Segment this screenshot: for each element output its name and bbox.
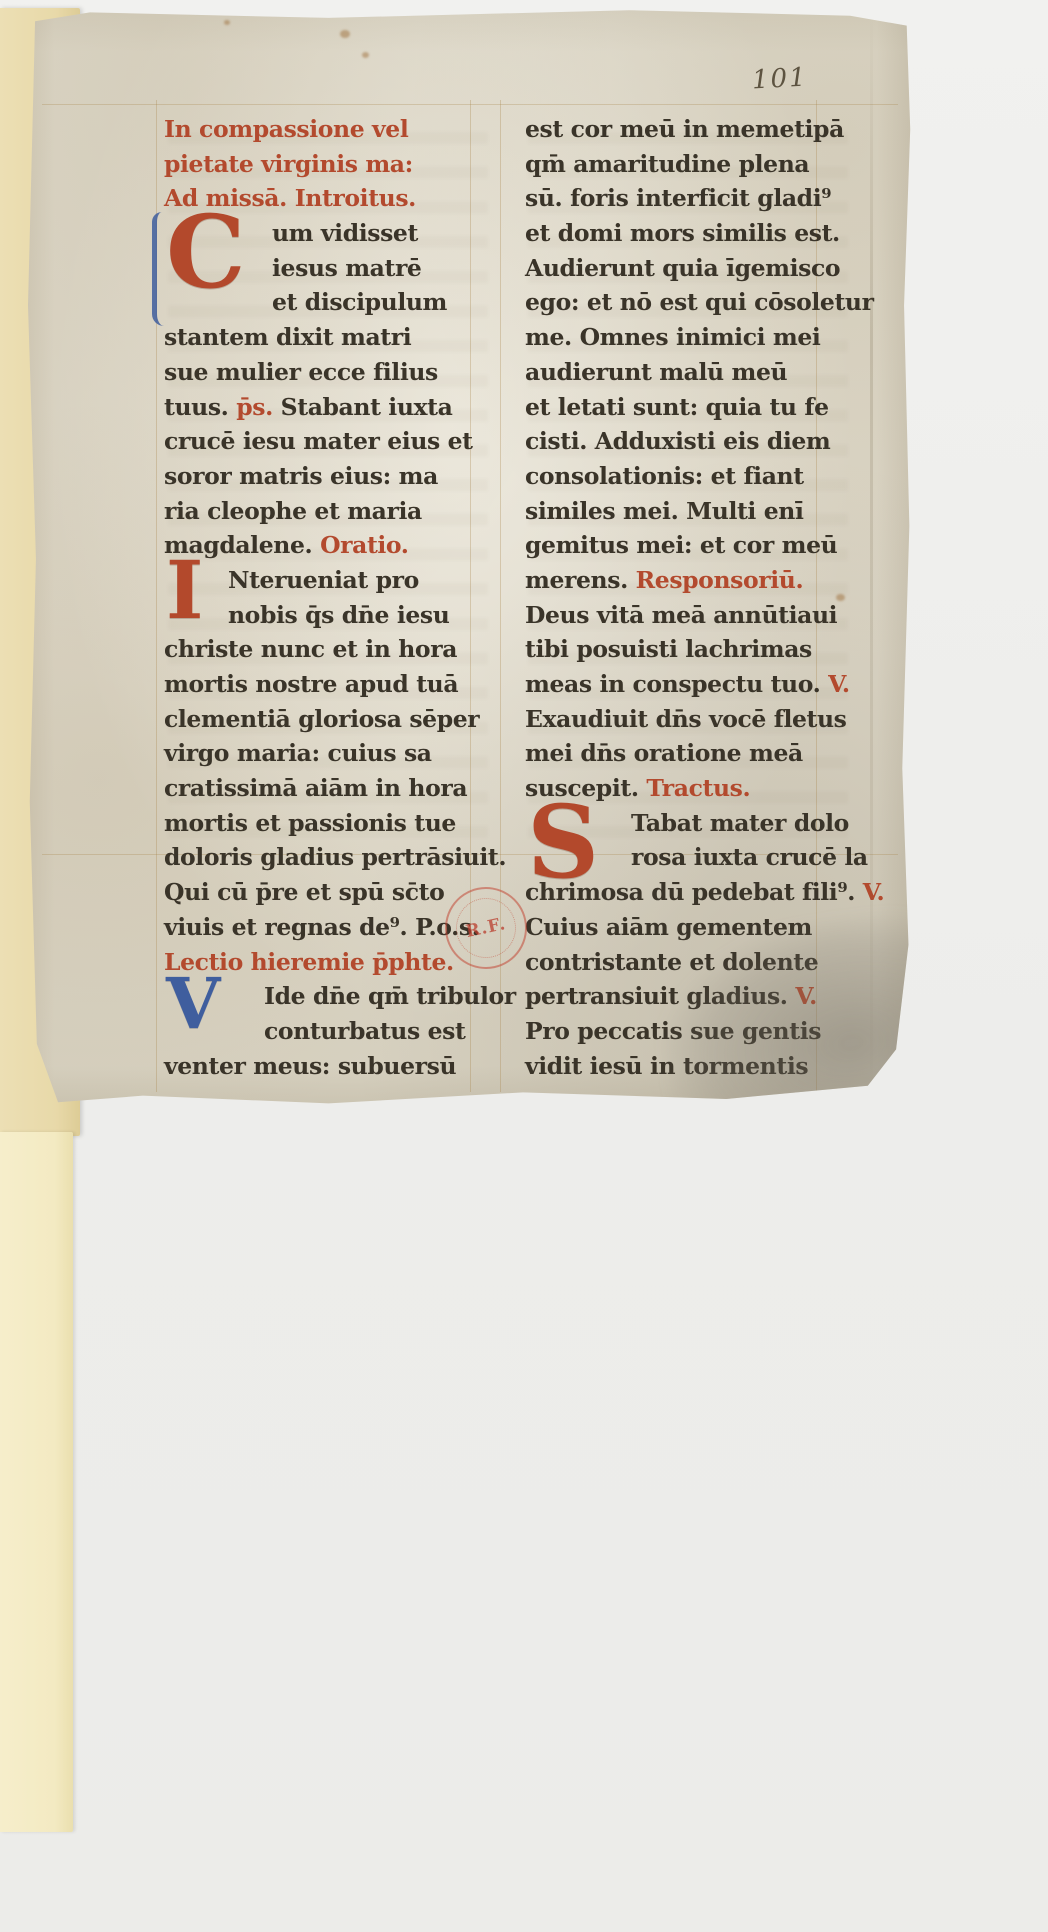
text-run-ink: meas in conspectu tuo. — [525, 670, 828, 698]
scanned-page: 101 CIVIn compassione velpietate virgini… — [0, 0, 1048, 1932]
manuscript-text-line: virgo maria: cuius sa — [164, 736, 498, 771]
illuminated-initial-C: C — [166, 211, 245, 293]
foxing-spot — [340, 30, 350, 38]
manuscript-text-line: similes mei. Multi enī — [525, 494, 859, 529]
manuscript-text-line: sue mulier ecce filius — [164, 355, 498, 390]
text-run-ink: christe nunc et in hora — [164, 635, 457, 663]
text-run-ink: Qui cū p̄re et spū sc̄to — [164, 878, 444, 906]
text-run-ink: cratissimā aiām in hora — [164, 774, 467, 802]
illuminated-initial-V: V — [166, 975, 220, 1032]
text-run-ink: qm̄ amaritudine plena — [525, 150, 809, 178]
text-run-ink: et letati sunt: quia tu fe — [525, 393, 829, 421]
manuscript-text-line: Audierunt quia īgemisco — [525, 251, 859, 286]
text-run-red: V. — [828, 670, 850, 698]
text-run-ink: rosa iuxta crucē la — [631, 843, 868, 871]
manuscript-text-line: In compassione vel — [164, 112, 498, 147]
foxing-spot — [224, 20, 230, 25]
manuscript-text-line: mortis nostre apud tuā — [164, 667, 498, 702]
text-run-ink: iesus matrē — [272, 254, 422, 282]
manuscript-text-line: tuus. p̄s. Stabant iuxta — [164, 390, 498, 425]
manuscript-text-line: ria cleophe et maria — [164, 494, 498, 529]
text-run-ink: clementiā gloriosa sēper — [164, 705, 479, 733]
text-run-ink: tuus. — [164, 393, 236, 421]
text-run-ink: et discipulum — [272, 288, 447, 316]
text-run-ink: merens. — [525, 566, 636, 594]
manuscript-text-line: me. Omnes inimici mei — [525, 320, 859, 355]
text-run-ink: similes mei. Multi enī — [525, 497, 804, 525]
manuscript-text-line: crucē iesu mater eius et — [164, 424, 498, 459]
foxing-spot — [836, 594, 845, 601]
text-run-ink: me. Omnes inimici mei — [525, 323, 820, 351]
text-run-ink: Exaudiuit dn̄s vocē fletus — [525, 705, 847, 733]
text-run-ink: ria cleophe et maria — [164, 497, 422, 525]
text-run-ink: doloris gladius pertrāsiuit. — [164, 843, 506, 871]
manuscript-text-line: soror matris eius: ma — [164, 459, 498, 494]
manuscript-text-line: mei dn̄s oratione meā — [525, 736, 859, 771]
text-run-ink: um vidisset — [272, 219, 418, 247]
text-run-ink: Ide dn̄e qm̄ tribulor — [264, 982, 516, 1010]
text-run-ink: crucē iesu mater eius et — [164, 427, 473, 455]
manuscript-text-line: Deus vitā meā annūtiaui — [525, 598, 859, 633]
illuminated-initial-S: S — [527, 801, 599, 883]
manuscript-text-line: pietate virginis ma: — [164, 147, 498, 182]
manuscript-text-line: ego: et nō est qui cōsoletur — [525, 285, 859, 320]
text-run-red: In compassione vel — [164, 115, 408, 143]
manuscript-text-line: magdalene. Oratio. — [164, 528, 498, 563]
text-run-ink: venter meus: subuersū — [164, 1052, 456, 1080]
manuscript-text-line: doloris gladius pertrāsiuit. — [164, 840, 498, 875]
manuscript-text-line: gemitus mei: et cor meū — [525, 528, 859, 563]
manuscript-text-line: Exaudiuit dn̄s vocē fletus — [525, 702, 859, 737]
manuscript-text-line: cratissimā aiām in hora — [164, 771, 498, 806]
text-run-ink: Deus vitā meā annūtiaui — [525, 601, 837, 629]
manuscript-text-line: cisti. Adduxisti eis diem — [525, 424, 859, 459]
text-run-ink: mortis nostre apud tuā — [164, 670, 458, 698]
crease-line — [870, 8, 873, 1110]
manuscript-text-line: meas in conspectu tuo. V. — [525, 667, 859, 702]
manuscript-text-line: stantem dixit matri — [164, 320, 498, 355]
text-run-ink: viuis et regnas de⁹. P.o.s. — [164, 913, 480, 941]
text-run-ink: gemitus mei: et cor meū — [525, 531, 837, 559]
text-run-red: V. — [863, 878, 885, 906]
text-run-ink: cisti. Adduxisti eis diem — [525, 427, 830, 455]
text-run-ink: Tabat mater dolo — [631, 809, 849, 837]
text-run-ink: Audierunt quia īgemisco — [525, 254, 840, 282]
ruling-line — [42, 104, 898, 105]
manuscript-text-line: sū. foris interficit gladi⁹ — [525, 181, 859, 216]
manuscript-text-line: et letati sunt: quia tu fe — [525, 390, 859, 425]
text-run-ink: mortis et passionis tue — [164, 809, 456, 837]
text-run-ink: audierunt malū meū — [525, 358, 787, 386]
manuscript-text-line: et domi mors similis est. — [525, 216, 859, 251]
manuscript-text-line: christe nunc et in hora — [164, 632, 498, 667]
text-run-ink: mei dn̄s oratione meā — [525, 739, 803, 767]
text-run-ink: ego: et nō est qui cōsoletur — [525, 288, 874, 316]
manuscript-text-line: Qui cū p̄re et spū sc̄to — [164, 875, 498, 910]
manuscript-text-line: audierunt malū meū — [525, 355, 859, 390]
manuscript-leaf: 101 CIVIn compassione velpietate virgini… — [28, 8, 912, 1110]
text-run-ink: et domi mors similis est. — [525, 219, 840, 247]
text-run-ink: conturbatus est — [264, 1017, 465, 1045]
manuscript-text-line: merens. Responsoriū. — [525, 563, 859, 598]
manuscript-text-line: est cor meū in memetipā — [525, 112, 859, 147]
stamp-initials: R.F. — [464, 914, 508, 942]
manuscript-text-line: consolationis: et fiant — [525, 459, 859, 494]
illuminated-initial-I: I — [166, 558, 203, 624]
text-run-red: Tractus. — [646, 774, 750, 802]
manuscript-text-line: nobis q̄s dn̄e iesu — [164, 598, 498, 633]
text-run-ink: sue mulier ecce filius — [164, 358, 438, 386]
manuscript-text-line: Nterueniat pro — [164, 563, 498, 598]
manuscript-text-line: qm̄ amaritudine plena — [525, 147, 859, 182]
folio-number: 101 — [751, 63, 808, 96]
foxing-spot — [362, 52, 369, 58]
stain-smudge — [649, 908, 939, 1122]
mount-strip-lower — [0, 1132, 73, 1832]
text-run-ink: stantem dixit matri — [164, 323, 411, 351]
text-run-red: Oratio. — [320, 531, 409, 559]
manuscript-text-line: tibi posuisti lachrimas — [525, 632, 859, 667]
text-run-ink: sū. foris interficit gladi⁹ — [525, 184, 831, 212]
stamp-inner-ring: R.F. — [450, 892, 521, 963]
text-run-ink: est cor meū in memetipā — [525, 115, 844, 143]
text-run-ink: nobis q̄s dn̄e iesu — [228, 601, 449, 629]
text-run-red: Responsoriū. — [636, 566, 804, 594]
text-run-ink: Stabant iuxta — [273, 393, 453, 421]
text-run-ink: soror matris eius: ma — [164, 462, 438, 490]
text-run-red: pietate virginis ma: — [164, 150, 413, 178]
manuscript-text-line: venter meus: subuersū — [164, 1049, 498, 1084]
text-run-ink: virgo maria: cuius sa — [164, 739, 432, 767]
manuscript-text-line: mortis et passionis tue — [164, 806, 498, 841]
text-run-ink: tibi posuisti lachrimas — [525, 635, 812, 663]
text-run-ink: Nterueniat pro — [228, 566, 419, 594]
text-run-ink: consolationis: et fiant — [525, 462, 804, 490]
manuscript-text-line: clementiā gloriosa sēper — [164, 702, 498, 737]
text-run-red: p̄s. — [236, 393, 273, 421]
